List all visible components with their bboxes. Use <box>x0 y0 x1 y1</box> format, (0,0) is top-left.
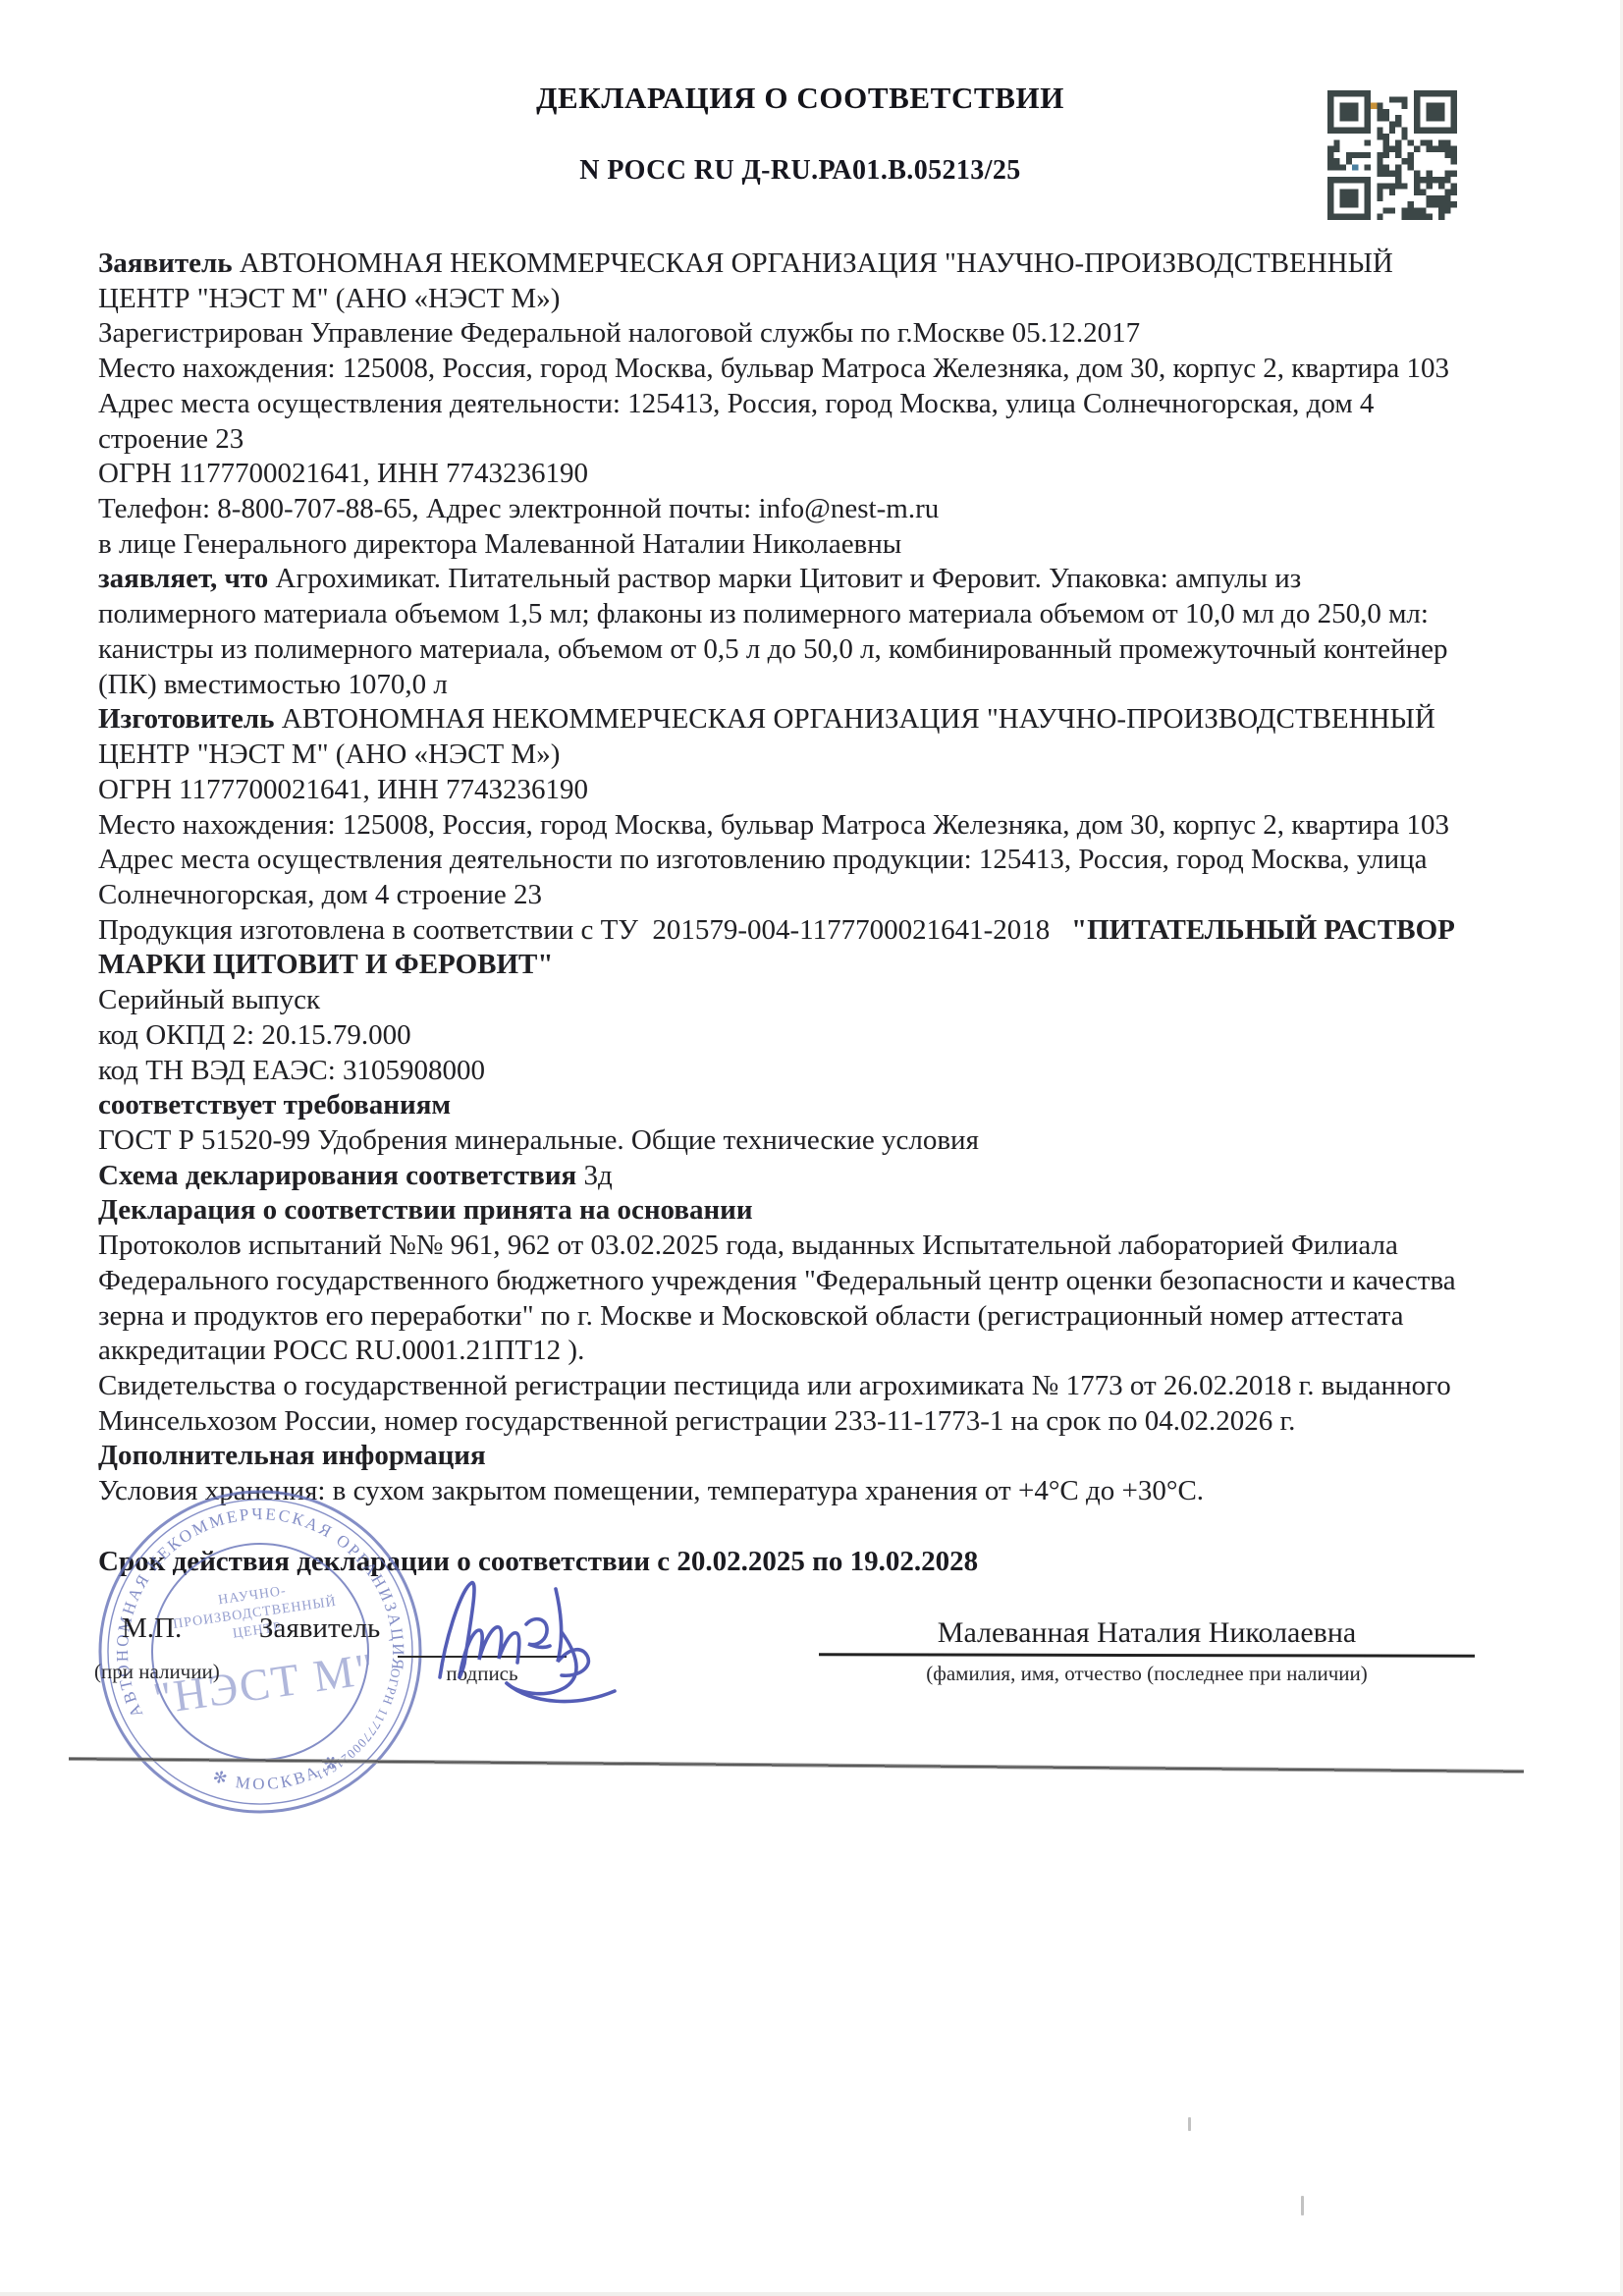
document-body: Заявитель АВТОНОМНАЯ НЕКОММЕРЧЕСКАЯ ОРГА… <box>98 246 1456 1509</box>
director-full-name: Малеванная Наталия Николаевна <box>819 1616 1475 1650</box>
document-line: ЦЕНТР "НЭСТ М" (АНО «НЭСТ М») <box>98 738 1456 773</box>
document-line: Федерального государственного бюджетного… <box>98 1264 1456 1299</box>
document-line: ОГРН 1177700021641, ИНН 7743236190 <box>98 457 1456 492</box>
document-line: ЦЕНТР "НЭСТ М" (АНО «НЭСТ М») <box>98 282 1456 317</box>
document-line: Зарегистрирован Управление Федеральной н… <box>98 316 1456 352</box>
document-line: строение 23 <box>98 422 1456 458</box>
declaration-document: { "header": { "title": "ДЕКЛАРАЦИЯ О СОО… <box>0 0 1623 2296</box>
document-line: зерна и продуктов его переработки" по г.… <box>98 1299 1456 1335</box>
document-line: аккредитации РОСС RU.0001.21ПТ12 ). <box>98 1334 1456 1369</box>
stamp-place-note: (при наличии) <box>94 1660 220 1684</box>
document-line: Дополнительная информация <box>98 1439 1456 1474</box>
scan-bottom-edge <box>0 2292 1623 2296</box>
document-line: код ОКПД 2: 20.15.79.000 <box>98 1018 1456 1054</box>
document-line: ГОСТ Р 51520-99 Удобрения минеральные. О… <box>98 1123 1456 1159</box>
document-line: соответствует требованиям <box>98 1088 1456 1123</box>
document-line: (ПК) вместимостью 1070,0 л <box>98 668 1456 703</box>
document-line: Адрес места осуществления деятельности п… <box>98 843 1456 878</box>
document-line: Телефон: 8-800-707-88-65, Адрес электрон… <box>98 492 1456 527</box>
scan-artifact <box>1188 2117 1191 2131</box>
full-name-caption: (фамилия, имя, отчество (последнее при н… <box>819 1662 1475 1686</box>
document-line: канистры из полимерного материала, объем… <box>98 632 1456 668</box>
document-line: МАРКИ ЦИТОВИТ И ФЕРОВИТ" <box>98 948 1456 983</box>
document-line: Место нахождения: 125008, Россия, город … <box>98 352 1456 387</box>
document-line: Солнечногорская, дом 4 строение 23 <box>98 878 1456 913</box>
document-line: код ТН ВЭД ЕАЭС: 3105908000 <box>98 1054 1456 1089</box>
document-line: Серийный выпуск <box>98 983 1456 1018</box>
stamp-city-text: ✻ МОСКВА ✻ <box>208 1749 347 1801</box>
stamp-place-label: М.П. <box>122 1613 182 1645</box>
document-line: заявляет, что Агрохимикат. Питательный р… <box>98 562 1456 597</box>
scan-artifact <box>1301 2196 1304 2215</box>
qr-code-icon <box>1327 90 1457 220</box>
document-line: ОГРН 1177700021641, ИНН 7743236190 <box>98 773 1456 808</box>
document-line: Декларация о соответствии принята на осн… <box>98 1193 1456 1229</box>
company-stamp: АВТОНОМНАЯ НЕКОММЕРЧЕСКАЯ ОРГАНИЗАЦИЯ ОГ… <box>83 1485 437 1819</box>
signature-scribble <box>412 1567 638 1715</box>
document-line: Адрес места осуществления деятельности: … <box>98 387 1456 422</box>
document-line: Минсельхозом России, номер государственн… <box>98 1404 1456 1440</box>
applicant-label: Заявитель <box>259 1613 380 1645</box>
full-name-line <box>819 1653 1475 1657</box>
document-line: Схема декларирования соответствия 3д <box>98 1159 1456 1194</box>
document-line: Свидетельства о государственной регистра… <box>98 1369 1456 1404</box>
document-line: Протоколов испытаний №№ 961, 962 от 03.0… <box>98 1229 1456 1264</box>
document-line: Место нахождения: 125008, Россия, город … <box>98 808 1456 844</box>
document-line: Заявитель АВТОНОМНАЯ НЕКОММЕРЧЕСКАЯ ОРГА… <box>98 246 1456 282</box>
document-line: в лице Генерального директора Малеванной… <box>98 527 1456 563</box>
document-line: полимерного материала объемом 1,5 мл; фл… <box>98 597 1456 632</box>
document-line: Продукция изготовлена в соответствии с Т… <box>98 913 1456 949</box>
svg-text:✻ МОСКВА ✻: ✻ МОСКВА ✻ <box>208 1749 347 1801</box>
document-line: Изготовитель АВТОНОМНАЯ НЕКОММЕРЧЕСКАЯ О… <box>98 702 1456 738</box>
